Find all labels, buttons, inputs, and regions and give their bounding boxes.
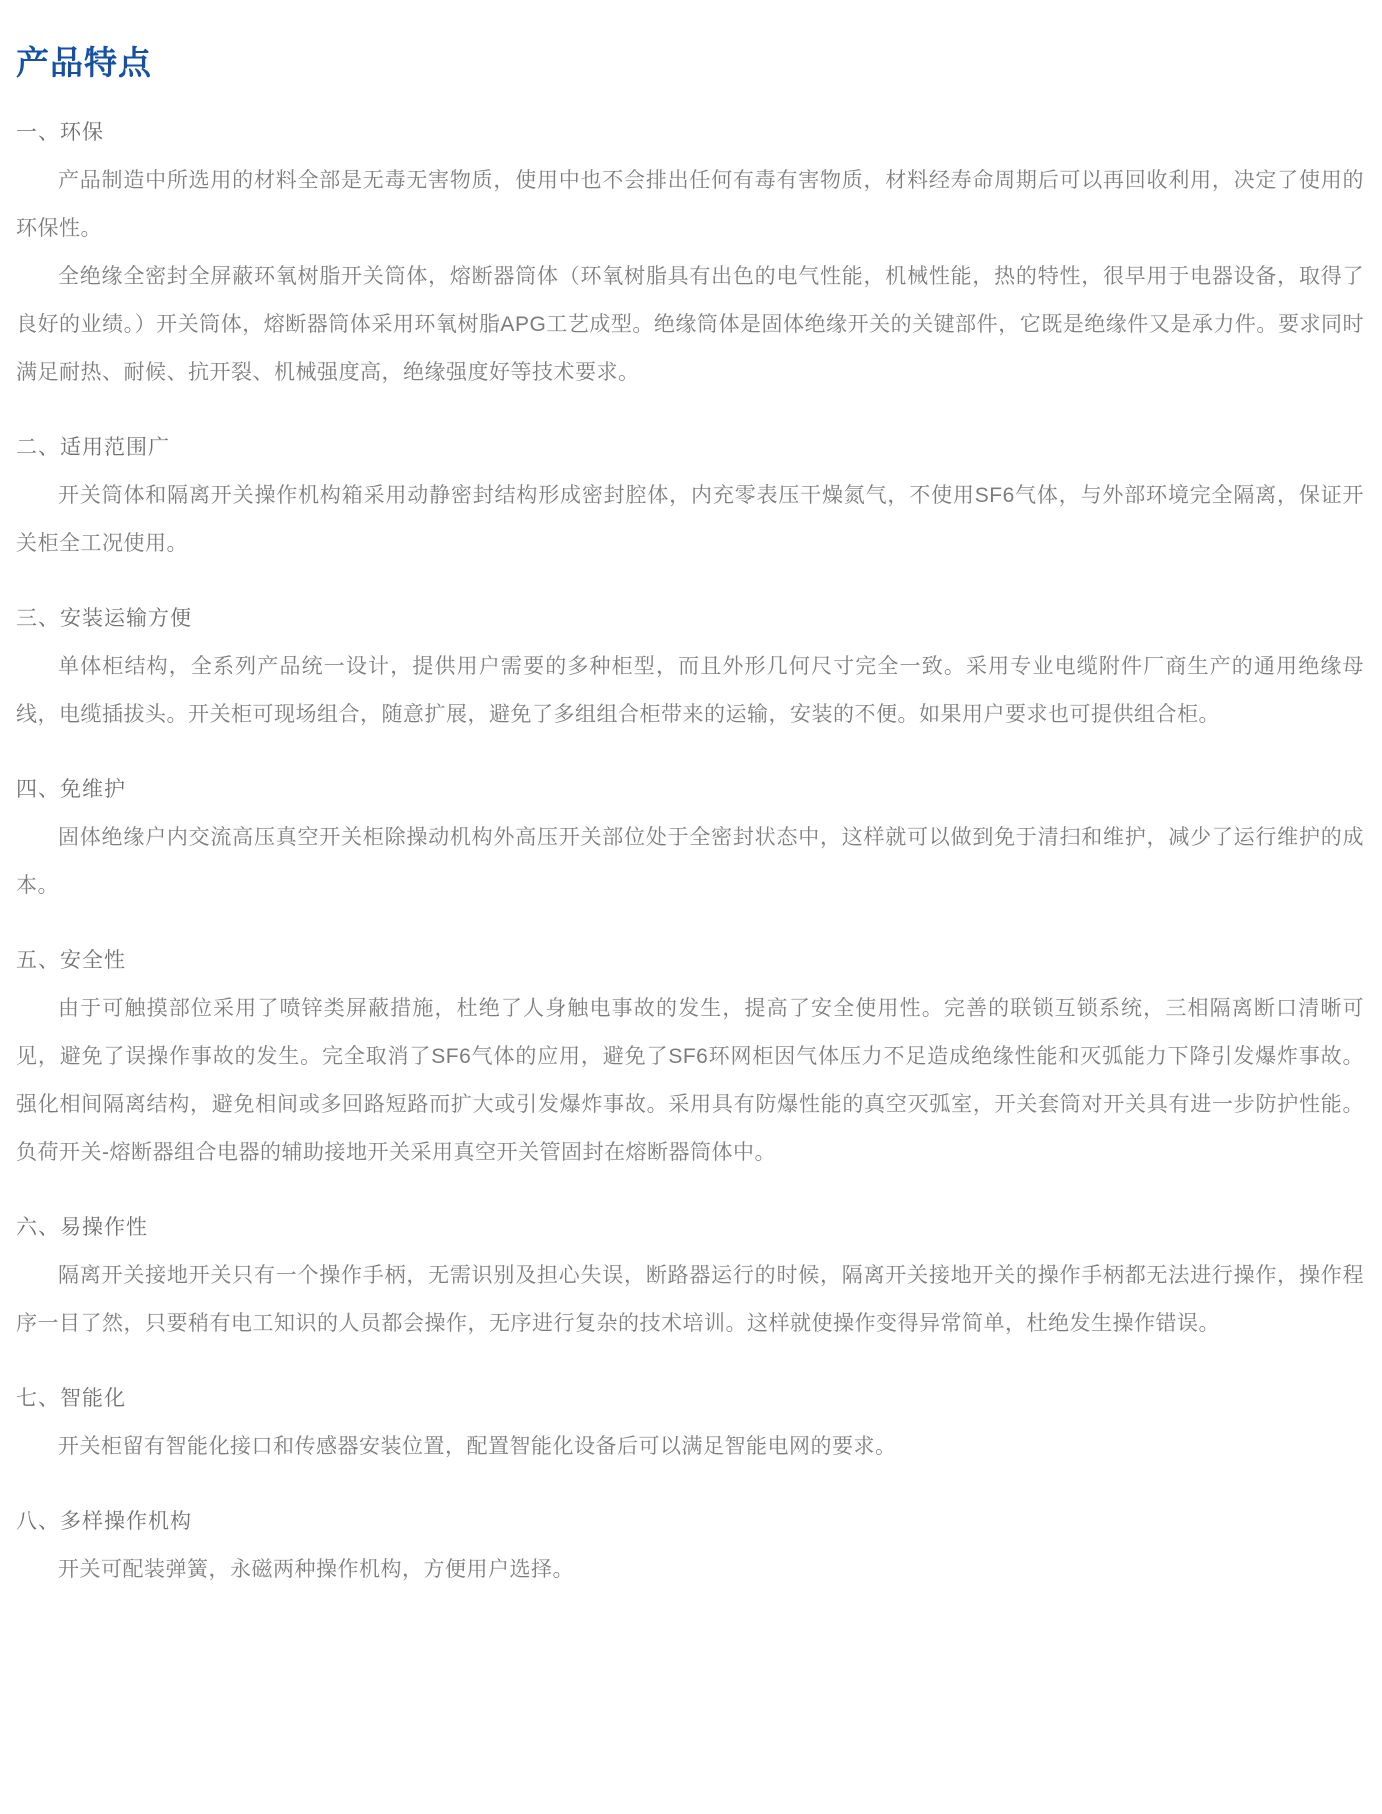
section-heading: 六、易操作性 [16,1204,1364,1252]
paragraph: 开关可配装弹簧，永磁两种操作机构，方便用户选择。 [16,1546,1364,1594]
section-heading: 二、适用范围广 [16,424,1364,472]
paragraph: 产品制造中所选用的材料全部是无毒无害物质，使用中也不会排出任何有毒有害物质，材料… [16,157,1364,253]
paragraph: 开关筒体和隔离开关操作机构箱采用动静密封结构形成密封腔体，内充零表压干燥氮气，不… [16,472,1364,568]
section-heading: 五、安全性 [16,937,1364,985]
section-easy-operation: 六、易操作性 隔离开关接地开关只有一个操作手柄，无需识别及担心失误，断路器运行的… [16,1204,1364,1348]
section-environment: 一、环保 产品制造中所选用的材料全部是无毒无害物质，使用中也不会排出任何有毒有害… [16,109,1364,397]
paragraph: 固体绝缘户内交流高压真空开关柜除操动机构外高压开关部位处于全密封状态中，这样就可… [16,814,1364,910]
page-title: 产品特点 [16,44,1364,82]
section-heading: 三、安装运输方便 [16,595,1364,643]
paragraph: 单体柜结构，全系列产品统一设计，提供用户需要的多种柜型，而且外形几何尺寸完全一致… [16,643,1364,739]
section-maintenance-free: 四、免维护 固体绝缘户内交流高压真空开关柜除操动机构外高压开关部位处于全密封状态… [16,766,1364,910]
section-operating-mechanisms: 八、多样操作机构 开关可配装弹簧，永磁两种操作机构，方便用户选择。 [16,1498,1364,1594]
section-installation-transport: 三、安装运输方便 单体柜结构，全系列产品统一设计，提供用户需要的多种柜型，而且外… [16,595,1364,739]
paragraph: 开关柜留有智能化接口和传感器安装位置，配置智能化设备后可以满足智能电网的要求。 [16,1423,1364,1471]
section-safety: 五、安全性 由于可触摸部位采用了喷锌类屏蔽措施，杜绝了人身触电事故的发生，提高了… [16,937,1364,1177]
paragraph: 隔离开关接地开关只有一个操作手柄，无需识别及担心失误，断路器运行的时候，隔离开关… [16,1252,1364,1348]
section-heading: 一、环保 [16,109,1364,157]
section-application-range: 二、适用范围广 开关筒体和隔离开关操作机构箱采用动静密封结构形成密封腔体，内充零… [16,424,1364,568]
paragraph: 由于可触摸部位采用了喷锌类屏蔽措施，杜绝了人身触电事故的发生，提高了安全使用性。… [16,985,1364,1177]
document-page: 产品特点 一、环保 产品制造中所选用的材料全部是无毒无害物质，使用中也不会排出任… [0,0,1382,1814]
section-heading: 八、多样操作机构 [16,1498,1364,1546]
section-heading: 七、智能化 [16,1375,1364,1423]
section-heading: 四、免维护 [16,766,1364,814]
section-intelligence: 七、智能化 开关柜留有智能化接口和传感器安装位置，配置智能化设备后可以满足智能电… [16,1375,1364,1471]
paragraph: 全绝缘全密封全屏蔽环氧树脂开关筒体，熔断器筒体（环氧树脂具有出色的电气性能，机械… [16,253,1364,397]
